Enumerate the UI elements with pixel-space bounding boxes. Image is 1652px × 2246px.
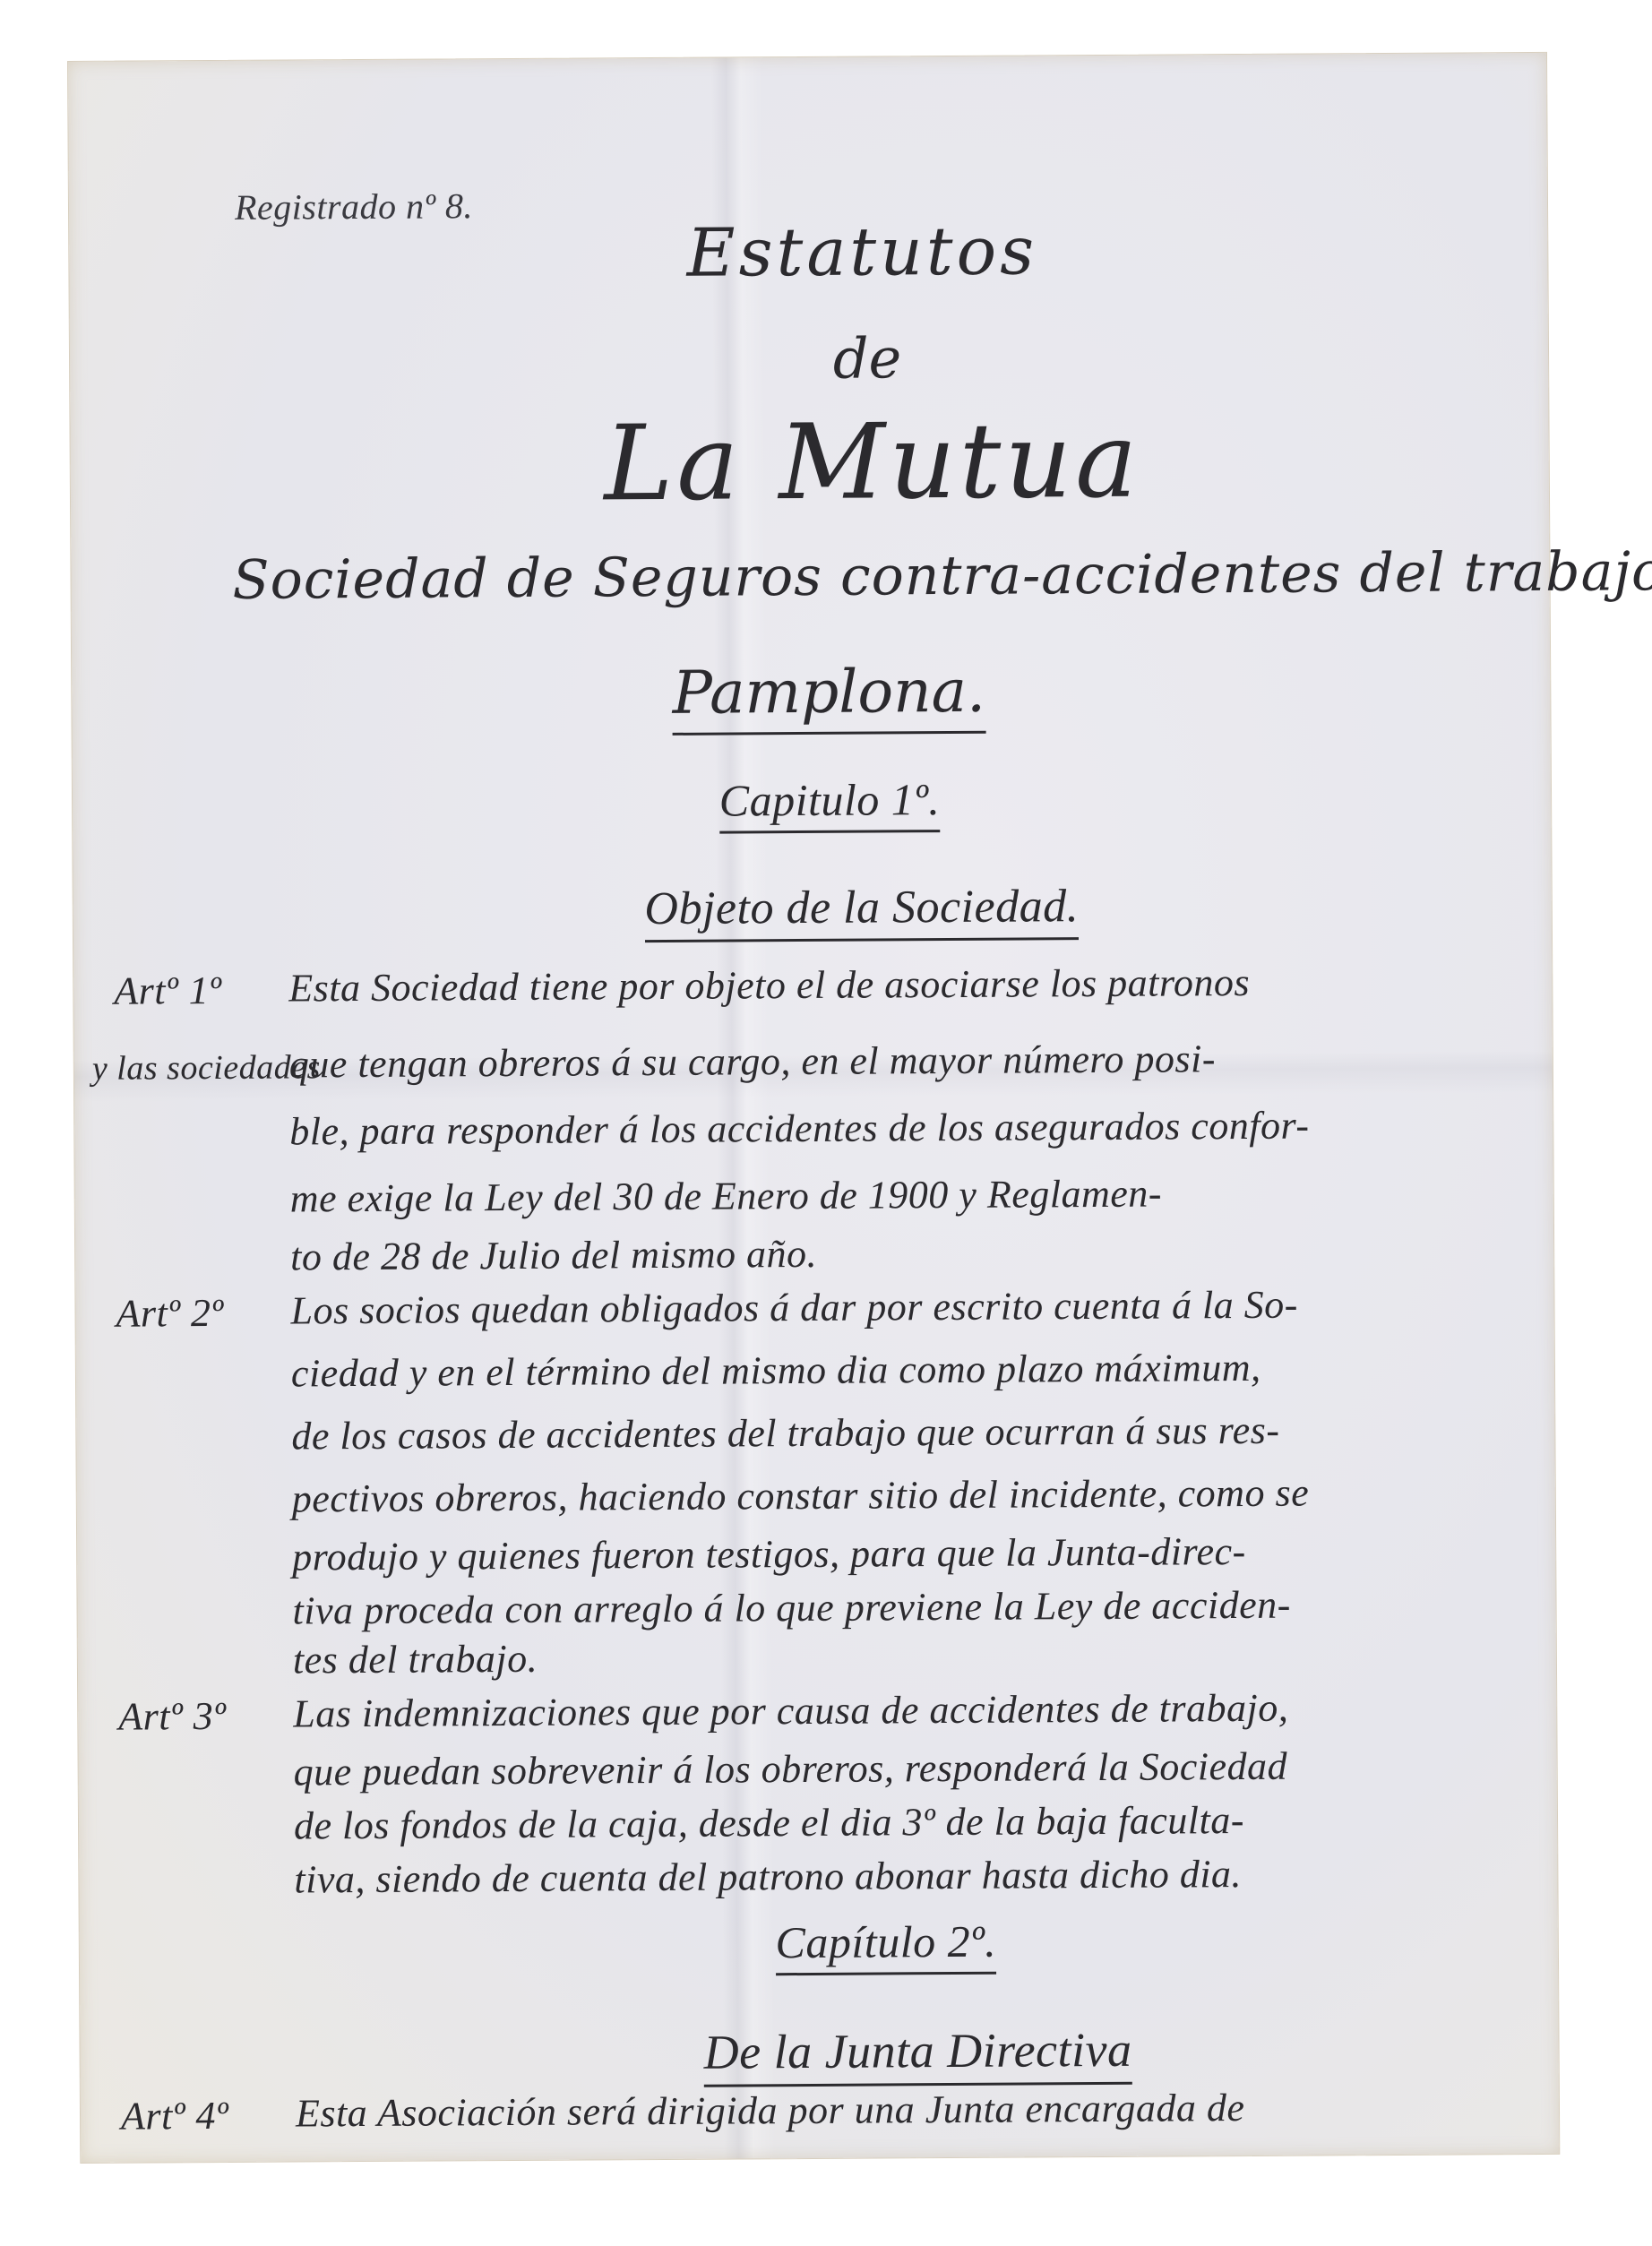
article-3-label: Artº 3º: [118, 1693, 226, 1740]
city-heading: Pamplona.: [72, 653, 1550, 731]
title-estatutos: Estatutos: [69, 210, 1547, 296]
chapter-1-subheading: Objeto de la Sociedad.: [73, 877, 1552, 939]
chapter-2-heading: Capítulo 2º.: [80, 1912, 1558, 1973]
article-2-line-5: produjo y quienes fueron testigos, para …: [292, 1528, 1246, 1580]
document-page: Registrado nº 8. Estatutos de La Mutua S…: [67, 52, 1560, 2164]
chapter-1-subtext: Objeto de la Sociedad.: [644, 881, 1079, 942]
article-2-label: Artº 2º: [116, 1290, 223, 1337]
article-2-line-4: pectivos obreros, haciendo constar sitio…: [292, 1470, 1310, 1522]
title-la-mutua: La Mutua: [70, 398, 1549, 528]
article-3-line-2: que puedan sobrevenir á los obreros, res…: [294, 1743, 1288, 1795]
article-1-line-1: Esta Sociedad tiene por objeto el de aso…: [288, 959, 1250, 1011]
article-4-line-1: Esta Asociación será dirigida por una Ju…: [296, 2085, 1245, 2136]
article-2-line-1: Los socios quedan obligados á dar por es…: [290, 1282, 1298, 1334]
article-1-margin-note: y las sociedades: [92, 1047, 321, 1089]
chapter-1-text: Capitulo 1º.: [719, 774, 941, 834]
chapter-2-subheading: De la Junta Directiva: [80, 2019, 1558, 2084]
article-3-line-4: tiva, siendo de cuenta del patrono abona…: [294, 1851, 1242, 1902]
article-4-label: Artº 4º: [121, 2093, 228, 2139]
article-2-line-3: de los casos de accidentes del trabajo q…: [291, 1407, 1279, 1459]
article-1-line-4: me exige la Ley del 30 de Enero de 1900 …: [290, 1171, 1162, 1222]
chapter-1-heading: Capitulo 1º.: [73, 770, 1551, 830]
article-1-line-2: que tengan obreros á su cargo, en el may…: [289, 1036, 1216, 1087]
subtitle-sociedad: Sociedad de Seguros contra-accidentes de…: [232, 540, 1652, 612]
article-2-line-2: ciedad y en el término del mismo dia com…: [291, 1345, 1261, 1397]
chapter-2-text: Capítulo 2º.: [775, 1916, 996, 1976]
article-3-line-3: de los fondos de la caja, desde el dia 3…: [294, 1797, 1244, 1848]
chapter-2-subtext: De la Junta Directiva: [703, 2023, 1131, 2087]
article-2-line-7: tes del trabajo.: [293, 1636, 538, 1683]
article-1-label: Artº 1º: [114, 968, 221, 1014]
article-2-line-6: tiva proceda con arreglo á lo que previe…: [292, 1582, 1291, 1634]
city-text: Pamplona.: [672, 657, 985, 736]
article-3-line-1: Las indemnizaciones que por causa de acc…: [293, 1685, 1288, 1737]
article-1-line-5: to de 28 de Julio del mismo año.: [290, 1231, 817, 1280]
title-de: de: [70, 322, 1548, 396]
article-1-line-3: ble, para responder á los accidentes de …: [289, 1103, 1309, 1155]
